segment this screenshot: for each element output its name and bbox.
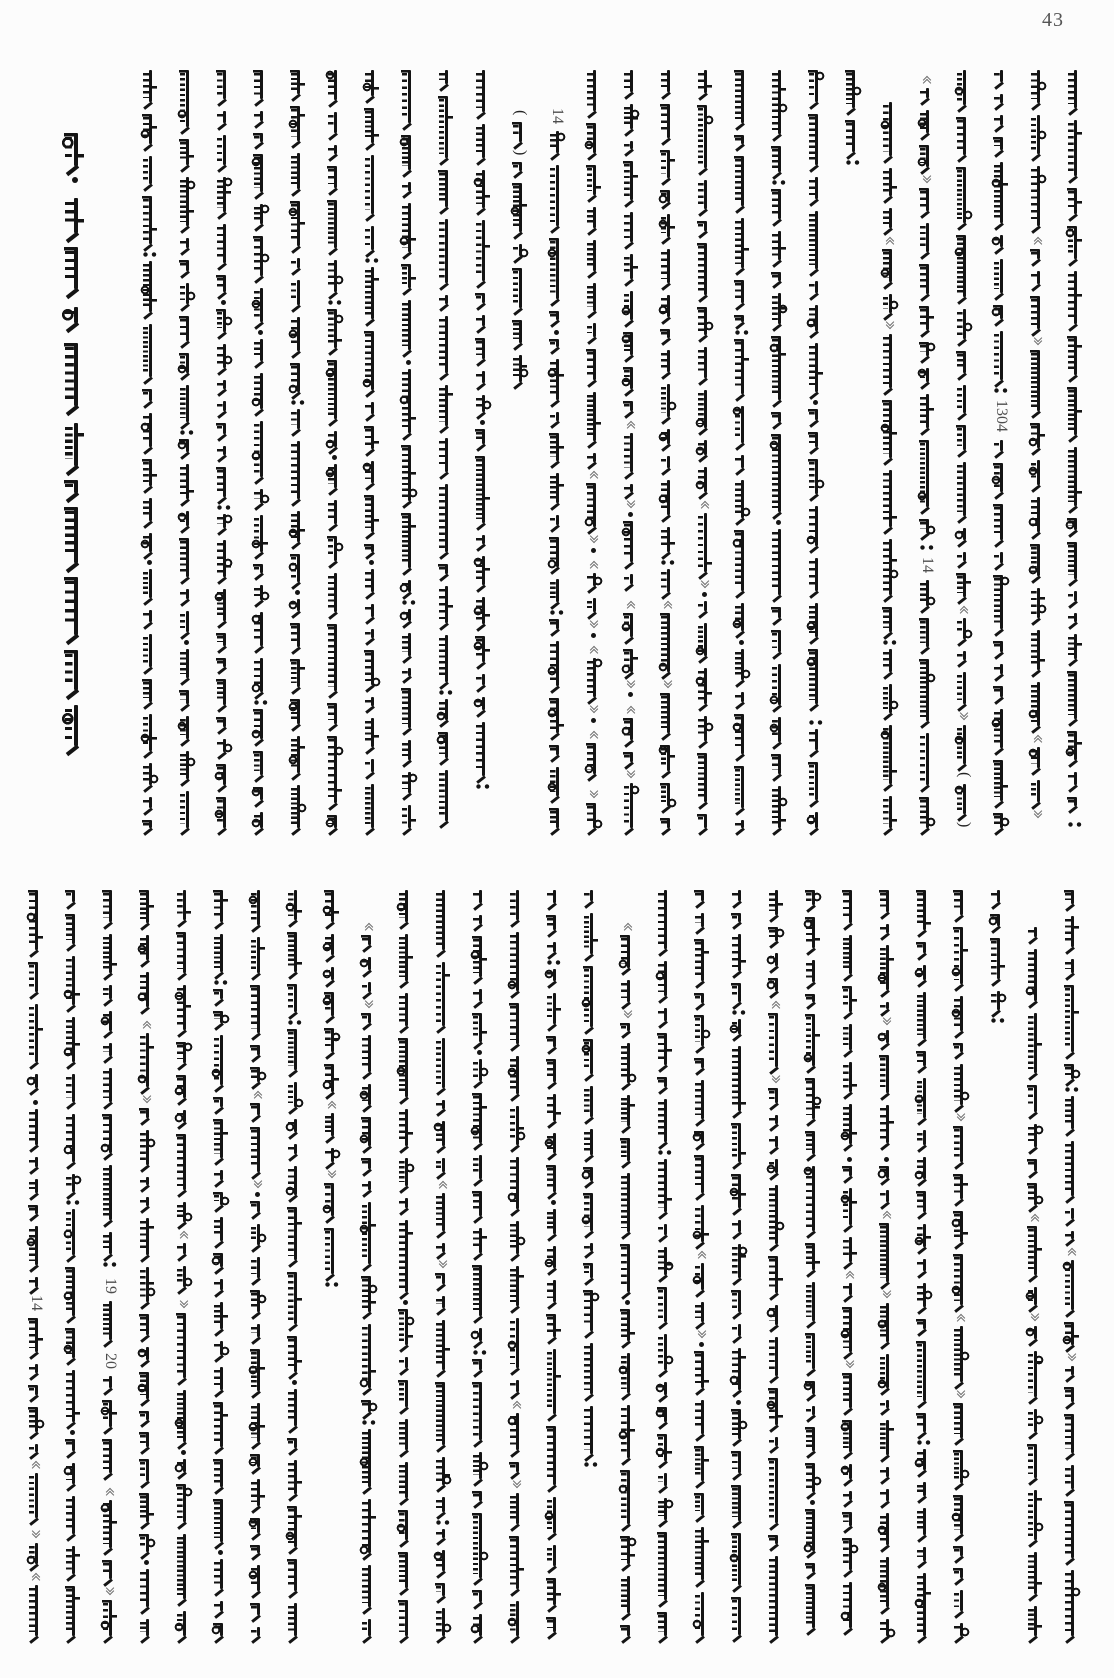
mongolian-word [432,1243,454,1256]
mongolian-word [876,1420,898,1459]
mongolian-word [247,1103,269,1119]
mongolian-word [1024,1490,1046,1544]
mongolian-word [62,1370,84,1426]
mongolian-word [469,1059,491,1085]
mongolian-word [469,1013,491,1046]
mongolian-word [284,1166,306,1199]
mongolian-word [62,1114,84,1166]
mongolian-word [654,1498,676,1524]
mongolian-word [395,1109,417,1150]
mongolian-word [1061,1322,1083,1349]
text-column: 1920《》 [99,0,121,1678]
mongolian-word [728,1324,750,1340]
mongolian-word [802,890,824,909]
mongolian-word [950,1326,972,1386]
mongolian-word [284,1119,306,1136]
text-column: 《》 [321,0,343,1678]
mongolian-word [358,1158,380,1173]
mongolian-word [469,1093,491,1147]
mongolian-word [321,1064,343,1096]
text-column [728,0,750,1678]
mongolian-word [765,978,787,995]
comma-mark [70,1430,75,1435]
mongolian-word [802,1427,824,1455]
mongolian-word [1061,1366,1083,1379]
mongolian-word [25,1226,47,1269]
mongolian-word [99,1165,121,1224]
mongolian-word [728,1533,750,1589]
text-column: 《》 [247,0,269,1678]
mongolian-word [1061,1414,1083,1457]
mongolian-word [1024,1013,1046,1077]
mongolian-word [765,927,787,945]
text-column: 《》 [136,0,158,1678]
mongolian-word [247,1201,269,1216]
mongolian-word [284,1207,306,1264]
mongolian-word [802,1463,824,1496]
mongolian-word [876,1467,898,1481]
mongolian-word [765,1013,787,1071]
mongolian-word [173,1266,195,1291]
mongolian-word [99,1068,121,1106]
mongolian-word [1024,1552,1046,1598]
mongolian-word [950,996,972,1035]
mongolian-word [802,1381,824,1398]
mongolian-word [284,1082,306,1111]
mongolian-word [173,890,195,924]
mongolian-word [136,1218,158,1259]
mongolian-word [543,890,565,907]
mongolian-word [543,1165,565,1196]
mongolian-word [469,1191,491,1220]
mongolian-word [247,1324,269,1341]
mongolian-word [802,917,824,952]
mongolian-word [321,967,343,984]
mongolian-word [543,1036,565,1051]
mongolian-word [913,890,935,934]
mongolian-word [691,913,713,931]
mongolian-word [469,1382,491,1444]
mongolian-word [25,1318,47,1356]
title-open-mark: 《 [29,1572,43,1581]
mongolian-word [432,1382,454,1449]
mongolian-word [876,1303,898,1346]
mongolian-word [950,1623,972,1640]
mongolian-word [654,1334,676,1374]
mongolian-word [765,1305,787,1329]
mongolian-word [728,983,750,1006]
mongolian-word [839,1188,861,1229]
mongolian-word [580,1039,602,1078]
mongolian-word [136,1534,158,1556]
title-close-mark: 》 [954,1113,968,1122]
mongolian-word [136,1411,158,1424]
mongolian-word [1024,1409,1046,1436]
mongolian-word [765,1337,787,1380]
mongolian-word [247,937,269,977]
number-token: 19 [102,1278,118,1294]
mongolian-word [580,966,602,1031]
mongolian-word [210,1217,232,1245]
text-column: 14《》《 [25,0,47,1678]
mongolian-word [617,1173,639,1236]
mongolian-word [136,1569,158,1611]
mongolian-word [506,1003,528,1048]
mongolian-word [136,1459,158,1485]
mongolian-word [839,1512,861,1530]
mongolian-word [950,927,972,988]
mongolian-word [173,985,195,1034]
mongolian-word [950,1450,972,1487]
mongolian-word [580,1343,602,1398]
mongolian-word [1061,1231,1083,1243]
mongolian-word [913,1547,935,1565]
mongolian-word [839,1283,861,1299]
mongolian-word [210,1011,232,1027]
mongolian-word [654,1407,676,1426]
mongolian-word [62,890,84,906]
mongolian-word [987,938,1009,983]
title-close-mark: 》 [251,1180,265,1189]
mongolian-word [728,1244,750,1282]
mongolian-word [1024,1085,1046,1116]
mongolian-word [173,1534,195,1603]
mongolian-word [432,890,454,954]
mongolian-word [691,1015,713,1050]
mongolian-word [691,1155,713,1197]
mongolian-word [136,972,158,1011]
comma-mark [551,1200,556,1205]
mongolian-word [25,962,47,996]
text-column: 》《》 [876,0,898,1678]
mongolian-word [1024,949,1046,1005]
mongolian-word [247,1257,269,1282]
mongolian-word [25,1157,47,1171]
mongolian-word [506,1056,528,1098]
mongolian-word [617,1095,639,1130]
mongolian-word [913,1224,935,1251]
mongolian-word [173,1484,195,1526]
mongolian-word [913,1482,935,1500]
mongolian-word [913,1449,935,1474]
mongolian-word [617,1536,639,1568]
mongolian-word [247,1545,269,1557]
mongolian-word [62,1267,84,1320]
mongolian-word [321,890,343,926]
mongolian-word [950,1064,972,1109]
mongolian-word [543,1209,565,1238]
mongolian-word [210,989,232,1003]
mongolian-word [1061,1465,1083,1493]
mongolian-word [25,1473,47,1522]
full-stop-mark [436,1520,450,1525]
mongolian-word [210,1302,232,1333]
mongolian-word [358,1084,380,1109]
mongolian-word [432,1158,454,1176]
full-stop-mark [658,1150,672,1155]
mongolian-word [210,1170,232,1184]
mongolian-word [617,1405,639,1462]
mongolian-word [654,890,676,953]
mongolian-word [25,1109,47,1149]
mongolian-word [136,1267,158,1306]
mongolian-word [62,1209,84,1259]
mongolian-word [62,1439,84,1455]
mongolian-word [839,986,861,1016]
mongolian-word [728,913,750,926]
mongolian-word [210,1119,232,1162]
comma-mark [181,1450,186,1455]
mongolian-word [99,934,121,977]
mongolian-word [99,1232,121,1258]
mongolian-word [395,1419,417,1454]
mongolian-word [1061,1096,1083,1133]
mongolian-word [173,1134,195,1194]
mongolian-word [728,934,750,975]
mongolian-word [1024,1444,1046,1482]
mongolian-word [506,1318,528,1372]
mongolian-word [802,1563,824,1576]
mongolian-word [136,1177,158,1189]
mongolian-word [506,1380,528,1396]
mongolian-word [580,1243,602,1255]
text-column: 《》 [691,0,713,1678]
title-open-mark: 《 [362,922,376,931]
mongolian-word [99,1439,121,1477]
mongolian-word [1061,1387,1083,1406]
mongolian-word [432,1550,454,1575]
mongolian-word [247,1627,269,1640]
mongolian-word [62,1463,84,1488]
mongolian-word [617,1043,639,1087]
mongolian-word [99,1376,121,1392]
mongolian-word [839,1237,861,1266]
comma-mark [255,1192,260,1197]
title-open-mark: 《 [140,1020,154,1029]
mongolian-word [617,1625,639,1640]
mongolian-word [654,961,676,1000]
mongolian-word [358,1117,380,1150]
mongolian-word [876,1223,898,1286]
text-column [395,0,417,1678]
number-token: 14 [28,1295,44,1311]
mongolian-word [432,1457,454,1489]
title-close-mark: 》 [1028,1313,1042,1322]
mongolian-word [617,1138,639,1165]
mongolian-word [358,1276,380,1316]
mongolian-word [987,991,1009,1014]
mongolian-word [136,1347,158,1364]
mongolian-word [1024,1124,1046,1151]
mongolian-word [25,890,47,954]
mongolian-word [210,1341,232,1359]
text-column: 《》 [358,0,380,1678]
mongolian-word [654,1033,676,1069]
mongolian-word [1024,1351,1046,1401]
mongolian-word [62,914,84,948]
full-stop-mark [214,980,228,985]
text-column [580,0,602,1678]
mongolian-word [691,1446,713,1485]
mongolian-word [284,1603,306,1640]
text-column [802,0,824,1678]
mongolian-word [543,969,565,985]
mongolian-word [580,890,602,905]
mongolian-word [136,1493,158,1526]
mongolian-word [950,1126,972,1166]
title-open-mark: 《 [880,1210,894,1219]
text-column: 《》 [617,0,639,1678]
mongolian-word [136,890,158,927]
mongolian-word [469,1265,491,1320]
mongolian-word [1024,1326,1046,1343]
mongolian-word [432,1497,454,1516]
mongolian-word [284,1029,306,1074]
mongolian-word [728,1220,750,1236]
mongolian-word [284,1272,306,1328]
mongolian-word [173,1459,195,1476]
mongolian-word [395,1462,417,1502]
full-stop-mark [917,1440,931,1445]
mongolian-word [506,932,528,995]
mongolian-word [950,1254,972,1309]
mongolian-word [580,1086,602,1121]
title-close-mark: 》 [510,1480,524,1489]
mongolian-word [25,1407,47,1436]
mongolian-word [950,1211,972,1246]
mongolian-word [691,1302,713,1326]
mongolian-word [913,1508,935,1539]
mongolian-word [284,984,306,1016]
mongolian-word [876,1400,898,1412]
mongolian-word [765,1115,787,1128]
mongolian-word [284,1559,306,1595]
mongolian-word [876,1489,898,1505]
mongolian-word [950,890,972,919]
mongolian-word [913,1319,935,1333]
mongolian-word [99,1301,121,1344]
mongolian-word [395,1510,417,1544]
mongolian-word [728,1597,750,1639]
mongolian-word [136,1130,158,1169]
mongolian-word [173,1243,195,1258]
mongolian-word [395,1380,417,1411]
mongolian-word [691,1351,713,1392]
mongolian-word [395,1158,417,1190]
mongolian-word [1024,1606,1046,1640]
mongolian-word [432,1121,454,1150]
title-open-mark: 《 [177,1230,191,1239]
mongolian-word [728,1348,750,1394]
mongolian-word [321,1113,343,1140]
mongolian-word [173,1611,195,1640]
mongolian-word [432,1273,454,1288]
title-close-mark: 》 [362,1000,376,1009]
mongolian-word [543,942,565,956]
comma-mark [625,1300,630,1305]
mongolian-word [62,1546,84,1578]
title-close-mark: 》 [695,1330,709,1339]
text-column [913,0,935,1678]
comma-mark [403,1300,408,1305]
mongolian-word [25,1385,47,1399]
mongolian-word [469,989,491,1005]
mongolian-word [543,1545,565,1570]
mongolian-word [25,1277,47,1291]
mongolian-word [691,1527,713,1584]
mongolian-word [469,1614,491,1640]
mongolian-word [1024,1183,1046,1209]
mongolian-word [654,1077,676,1091]
mongolian-word [321,992,343,1020]
title-close-mark: 》 [1065,1353,1079,1362]
full-stop-mark [103,1262,117,1267]
mongolian-word [62,956,84,1009]
mongolian-word [247,1479,269,1510]
mongolian-word [247,1127,269,1176]
full-stop-mark [732,1010,746,1015]
mongolian-word [839,1166,861,1180]
mongolian-word [432,962,454,1030]
mongolian-word [210,1367,232,1394]
mongolian-word [876,1513,898,1549]
comma-mark [699,1342,704,1347]
mongolian-word [210,1499,232,1546]
title-open-mark: 《 [436,1180,450,1189]
mongolian-word [691,939,713,985]
mongolian-word [25,1543,47,1568]
mongolian-word [395,934,417,985]
mongolian-word [691,1493,713,1519]
mongolian-word [839,1464,861,1483]
mongolian-word [506,1221,528,1258]
title-open-mark: 《 [954,1313,968,1322]
mongolian-word [876,1557,898,1611]
mongolian-word [25,1205,47,1218]
mongolian-word [358,1035,380,1076]
mongolian-word [691,1080,713,1123]
mongolian-word [617,1470,639,1528]
mongolian-word [543,1617,565,1636]
mongolian-word [654,1473,676,1490]
mongolian-word [173,1075,195,1102]
mongolian-word [654,1382,676,1399]
text-column [284,0,306,1678]
book-page: 43 ᠨᠢᠭᠡ᠂ ᠮᠣᠩᠭᠣᠯ ᠬᠡᠯᠡᠨ ᠦ … ᠪᠢᠴᠢᠭ ᠦᠨ … ()1… [0,0,1114,1678]
mongolian-word [876,924,898,937]
mongolian-word [691,993,713,1007]
mongolian-word [506,890,528,924]
mongolian-word [247,1565,269,1595]
mongolian-word [913,942,935,957]
mongolian-word [321,1148,343,1166]
mongolian-word [839,935,861,978]
mongolian-word [358,1400,380,1416]
mongolian-word [913,1573,935,1640]
mongolian-word [802,1333,824,1373]
mongolian-word [876,890,898,916]
mongolian-word [1061,1260,1083,1314]
mongolian-word [173,1390,195,1446]
mongolian-word [395,1357,417,1372]
text-column [543,0,565,1678]
mongolian-word [358,1013,380,1027]
mongolian-word [358,957,380,974]
mongolian-word [469,936,491,981]
mongolian-word [543,915,565,934]
mongolian-word [1024,1287,1046,1309]
mongolian-word [765,1437,787,1450]
